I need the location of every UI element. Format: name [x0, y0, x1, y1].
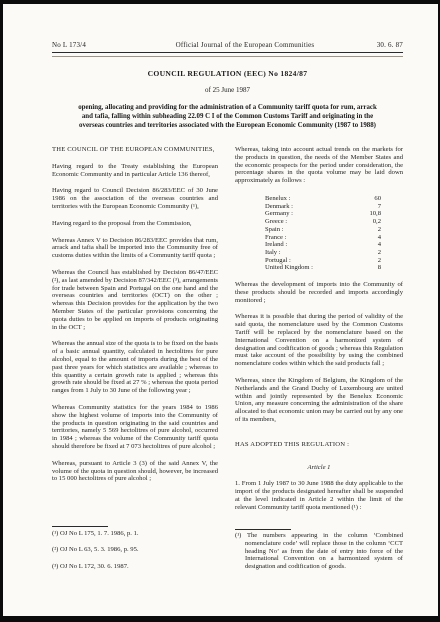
running-head: No L 173/4 Official Journal of the Europ…: [52, 41, 403, 49]
country-label: Portugal :: [265, 257, 291, 265]
regulation-subject: opening, allocating and providing for th…: [75, 103, 380, 130]
quota-shares-list: Benelux : 60 Denmark : 7 Germany : 10,8 …: [265, 195, 381, 272]
column-spacer: [52, 492, 218, 526]
scan-border-left: [0, 0, 3, 622]
header-rule: [52, 52, 403, 57]
footnote-rule: [235, 529, 291, 530]
left-footnotes: (¹) OJ No L 175, 1. 7. 1986, p. 1. (²) O…: [52, 526, 218, 580]
quota-share-row: Portugal : 2: [265, 257, 381, 265]
preamble-opening: THE COUNCIL OF THE EUROPEAN COMMUNITIES,: [52, 146, 218, 154]
share-value: 7: [378, 203, 381, 211]
recital-paragraph: Whereas Community statistics for the yea…: [52, 404, 218, 451]
share-value: 2: [378, 257, 381, 265]
citation-paragraph: Having regard to the proposal from the C…: [52, 220, 218, 228]
country-label: Italy :: [265, 249, 281, 257]
quota-share-row: United Kingdom : 8: [265, 264, 381, 272]
recital-paragraph: Whereas the Council has established by D…: [52, 269, 218, 331]
right-column: Whereas, taking into account actual tren…: [235, 146, 403, 580]
right-footnotes: (¹) The numbers appearing in the column …: [235, 529, 403, 580]
footnote: (¹) OJ No L 175, 1. 7. 1986, p. 1.: [52, 530, 218, 538]
footnote: (²) OJ No L 63, 5. 3. 1986, p. 95.: [52, 546, 218, 554]
share-value: 2: [378, 249, 381, 257]
country-label: Spain :: [265, 226, 284, 234]
country-label: United Kingdom :: [265, 264, 313, 272]
share-value: 4: [378, 241, 381, 249]
quota-share-row: Italy : 2: [265, 249, 381, 257]
article-paragraph: 1. From 1 July 1987 to 30 June 1988 the …: [235, 480, 403, 511]
country-label: France :: [265, 234, 286, 242]
journal-title: Official Journal of the European Communi…: [147, 41, 343, 49]
share-value: 2: [378, 226, 381, 234]
quota-share-row: France : 4: [265, 234, 381, 242]
body-columns: THE COUNCIL OF THE EUROPEAN COMMUNITIES,…: [52, 146, 403, 580]
quota-share-row: Denmark : 7: [265, 203, 381, 211]
quota-share-row: Benelux : 60: [265, 195, 381, 203]
quota-share-row: Spain : 2: [265, 226, 381, 234]
country-label: Ireland :: [265, 241, 287, 249]
country-label: Germany :: [265, 210, 293, 218]
regulation-date: of 25 June 1987: [75, 86, 380, 94]
official-journal-page: No L 173/4 Official Journal of the Europ…: [0, 0, 440, 622]
recital-paragraph: Whereas the annual size of the quota is …: [52, 340, 218, 395]
article-heading: Article 1: [235, 464, 403, 472]
recital-paragraph: Whereas Annex V to Decision 86/283/EEC p…: [52, 237, 218, 260]
column-spacer: [235, 521, 403, 529]
journal-issue-number: No L 173/4: [52, 41, 147, 49]
country-label: Greece :: [265, 218, 287, 226]
quota-share-row: Germany : 10,8: [265, 210, 381, 218]
regulation-title: COUNCIL REGULATION (EEC) No 1824/87: [75, 69, 380, 78]
quota-share-row: Greece : 0,2: [265, 218, 381, 226]
enacting-formula: HAS ADOPTED THIS REGULATION :: [235, 441, 403, 449]
title-block: COUNCIL REGULATION (EEC) No 1824/87 of 2…: [75, 69, 380, 130]
scan-border-top: [0, 0, 440, 4]
footnote: (¹) The numbers appearing in the column …: [235, 532, 403, 571]
share-value: 0,2: [373, 218, 381, 226]
scan-border-bottom: [0, 616, 440, 622]
journal-date: 30. 6. 87: [343, 41, 403, 49]
recital-paragraph: Whereas, pursuant to Article 3 (3) of th…: [52, 460, 218, 483]
citation-paragraph: Having regard to the Treaty establishing…: [52, 163, 218, 179]
recital-paragraph: Whereas, since the Kingdom of Belgium, t…: [235, 377, 403, 424]
citation-paragraph: Having regard to Council Decision 86/283…: [52, 187, 218, 210]
country-label: Denmark :: [265, 203, 293, 211]
country-label: Benelux :: [265, 195, 290, 203]
quota-share-row: Ireland : 4: [265, 241, 381, 249]
share-value: 4: [378, 234, 381, 242]
footnote-rule: [52, 526, 108, 527]
recital-paragraph: Whereas the development of imports into …: [235, 281, 403, 304]
share-value: 60: [374, 195, 381, 203]
recital-paragraph: Whereas, taking into account actual tren…: [235, 146, 403, 185]
left-column: THE COUNCIL OF THE EUROPEAN COMMUNITIES,…: [52, 146, 218, 580]
share-value: 10,8: [369, 210, 381, 218]
share-value: 8: [378, 264, 381, 272]
recital-paragraph: Whereas it is possible that during the p…: [235, 313, 403, 368]
footnote: (³) OJ No L 172, 30. 6. 1987.: [52, 563, 218, 571]
